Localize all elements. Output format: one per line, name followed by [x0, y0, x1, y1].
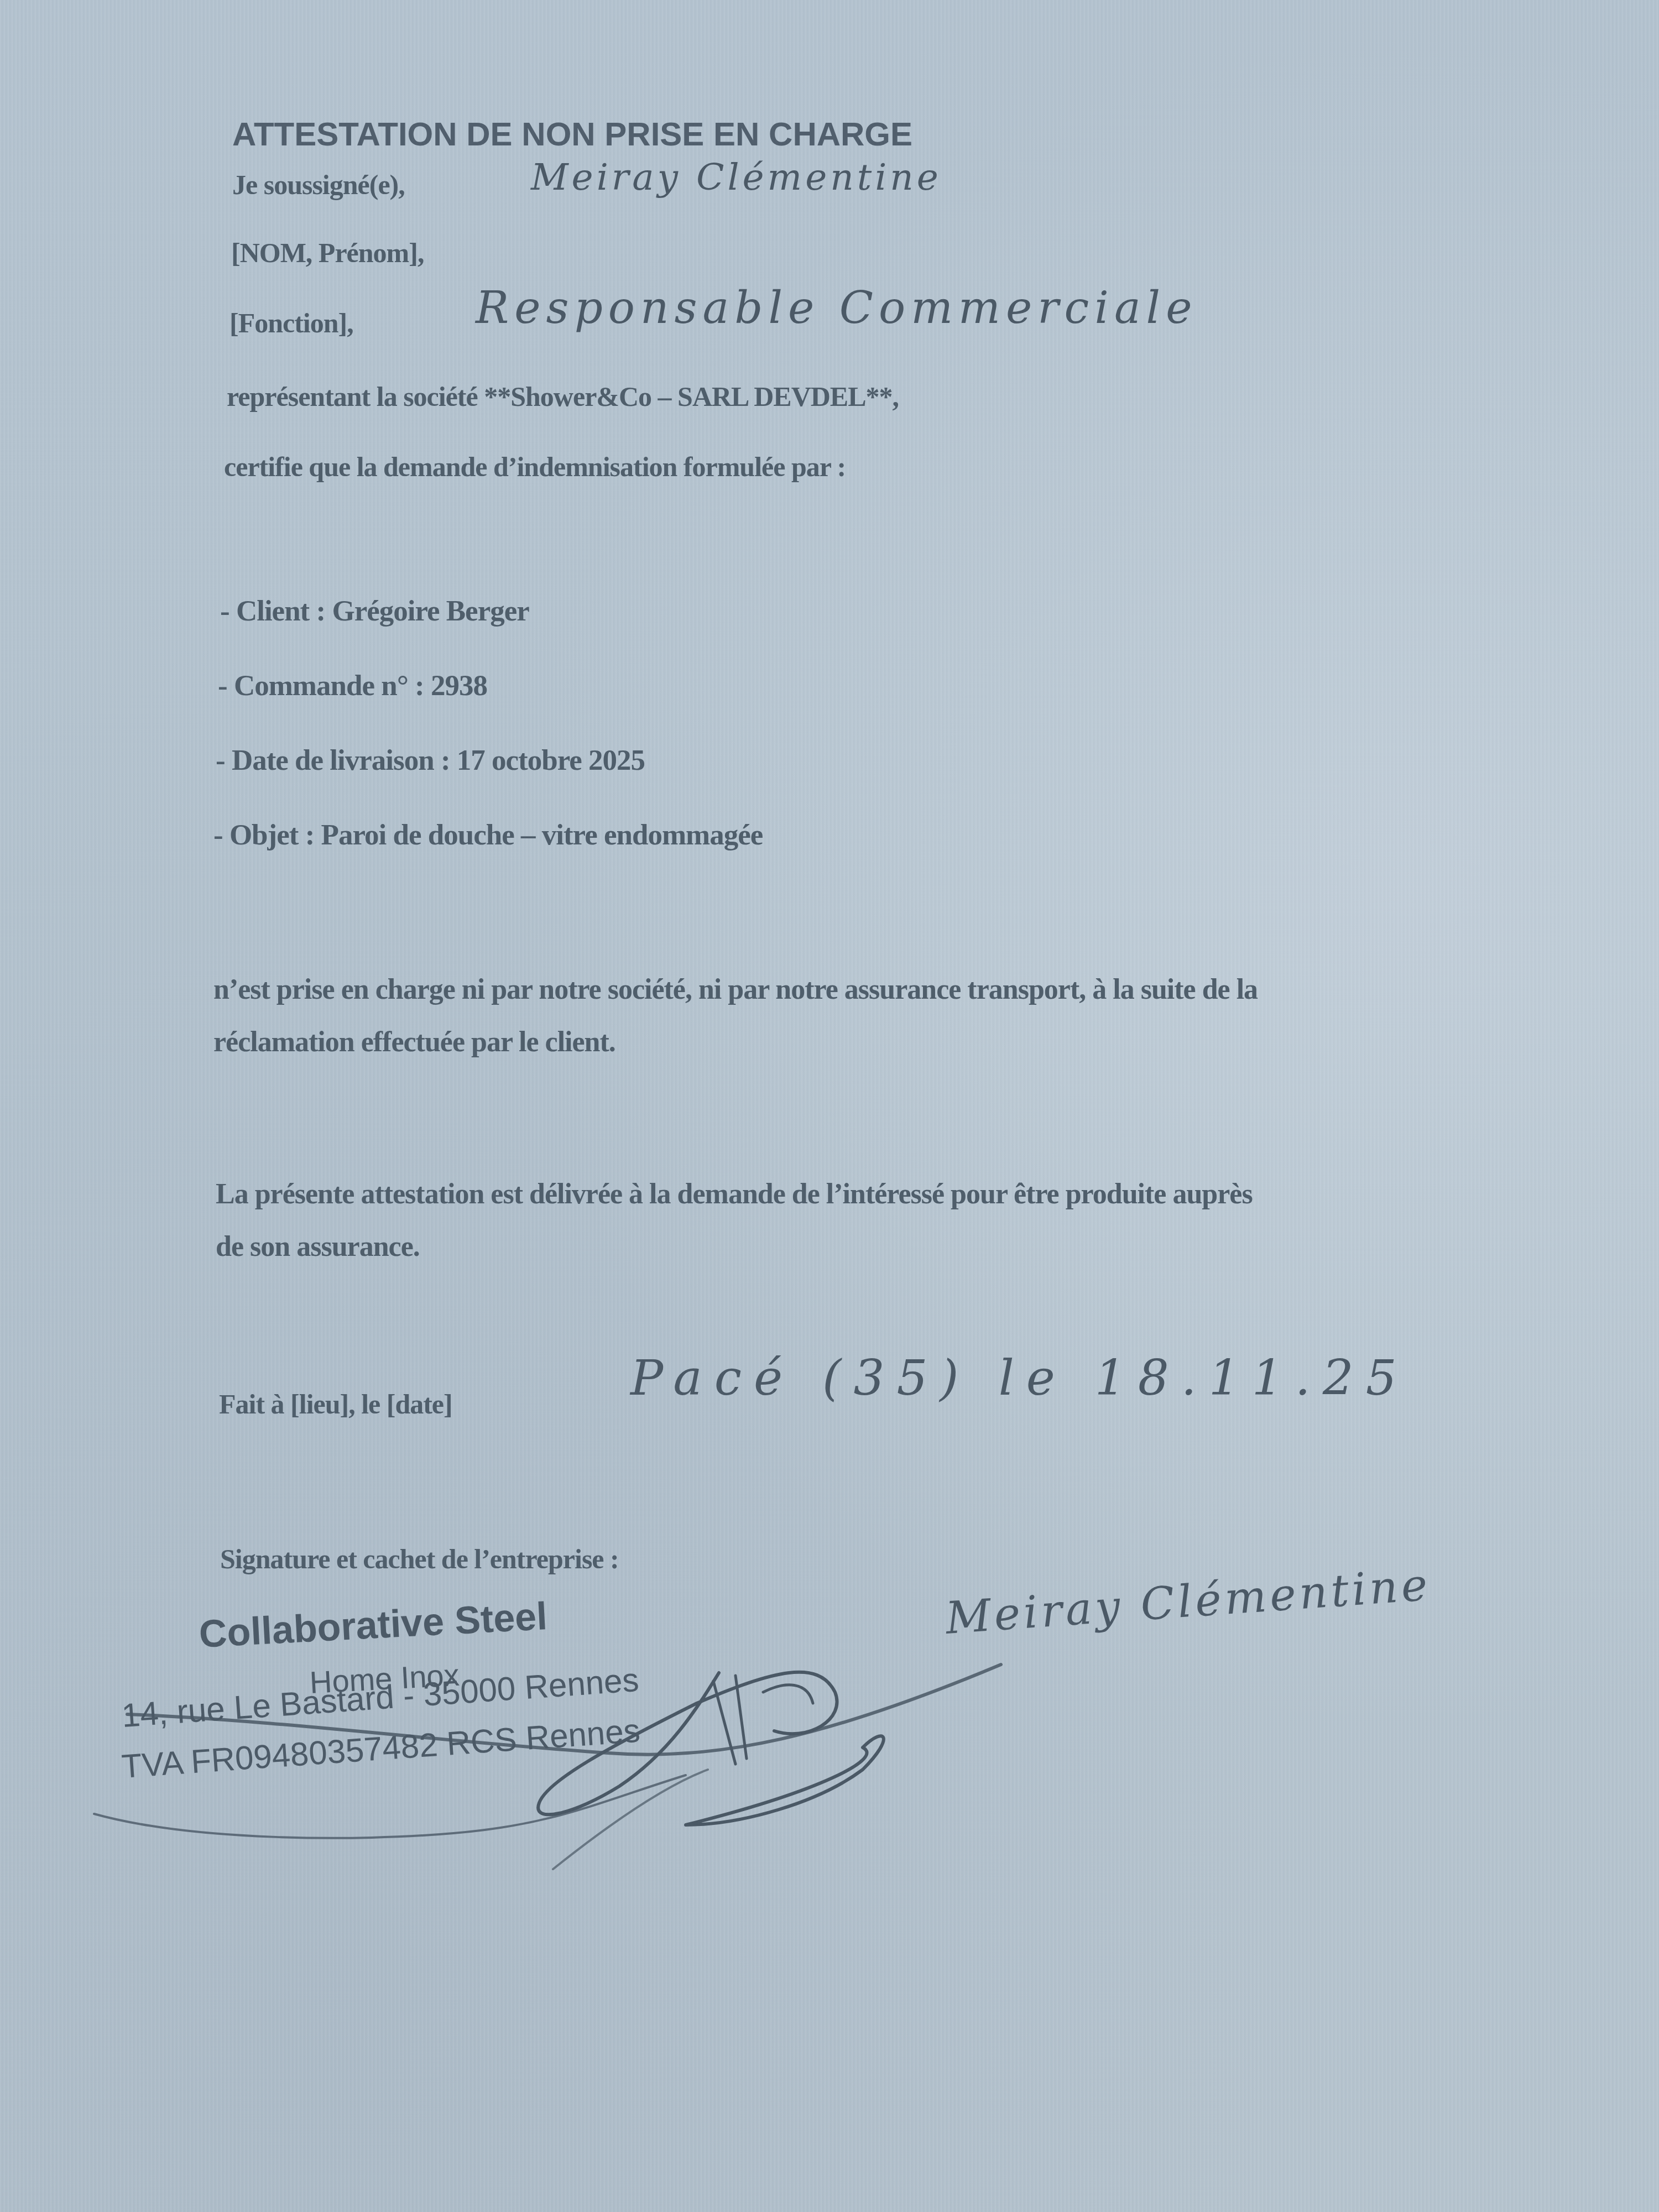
signature-scribble-icon: [0, 0, 1659, 2212]
